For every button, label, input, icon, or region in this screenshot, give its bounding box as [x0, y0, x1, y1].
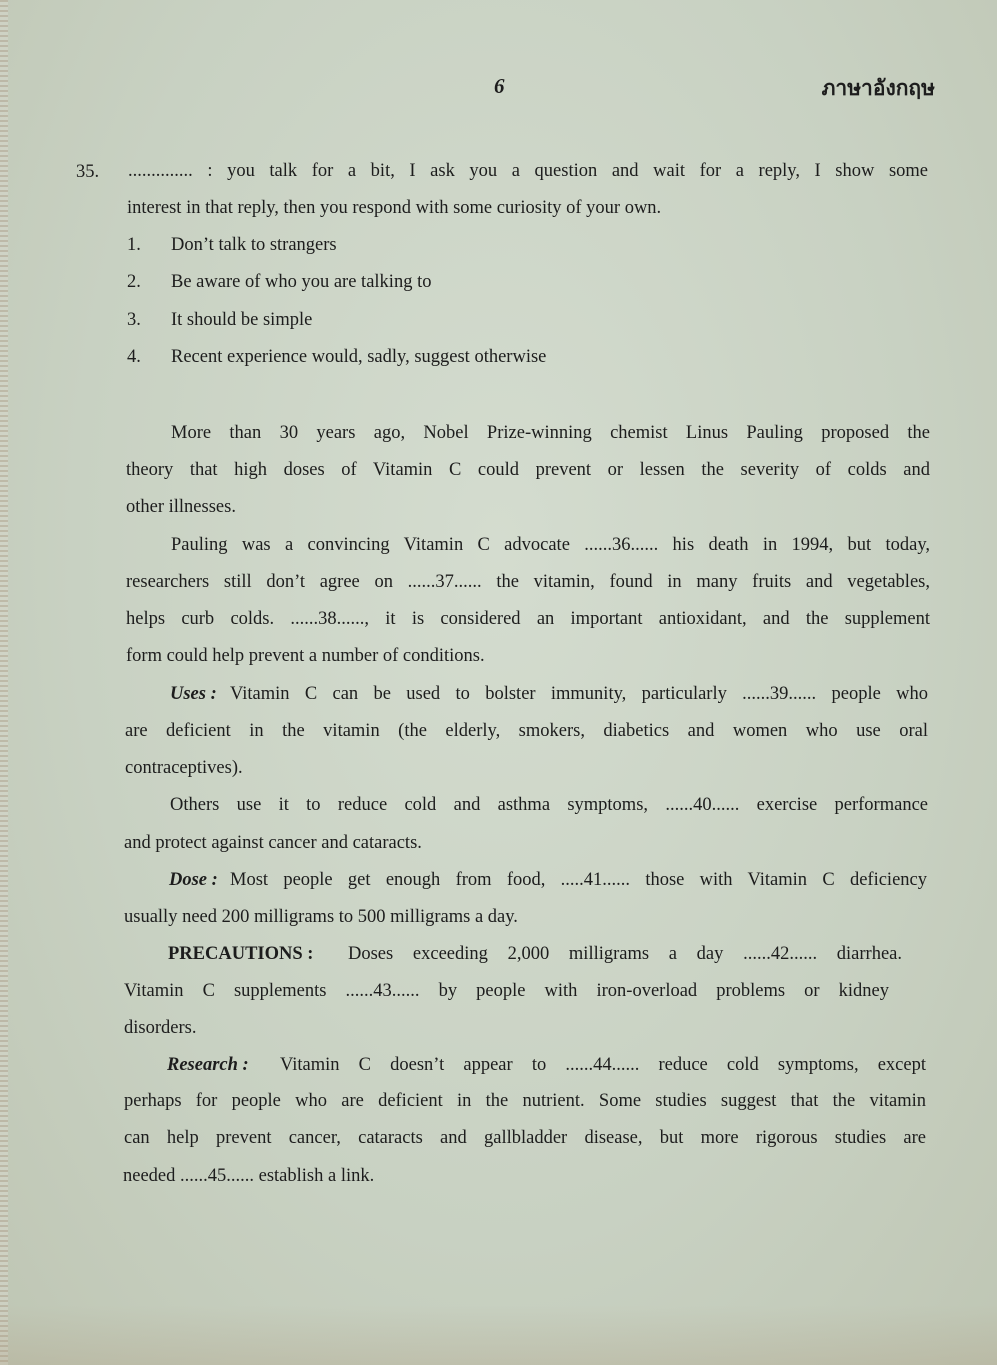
- question-stem-line: .............. : you talk for a bit, I a…: [128, 162, 928, 181]
- option-number: 2.: [127, 273, 141, 292]
- passage-line: Vitamin C can be used to bolster immunit…: [230, 685, 928, 704]
- question-stem-line: interest in that reply, then you respond…: [127, 199, 661, 218]
- option-text: It should be simple: [171, 311, 312, 330]
- passage-line: can help prevent cancer, cataracts and g…: [124, 1129, 926, 1148]
- question-number: 35.: [76, 162, 99, 183]
- passage-line: Doses exceeding 2,000 milligrams a day .…: [348, 945, 902, 964]
- option-text: Be aware of who you are talking to: [171, 273, 431, 292]
- passage-line: More than 30 years ago, Nobel Prize-winn…: [171, 424, 930, 443]
- page-number: 6: [494, 74, 505, 99]
- section-label-precautions: PRECAUTIONS :: [168, 945, 313, 964]
- option-text: Recent experience would, sadly, suggest …: [171, 348, 546, 367]
- passage-line: disorders.: [124, 1019, 196, 1038]
- passage-line: usually need 200 milligrams to 500 milli…: [124, 908, 518, 927]
- passage-line: Others use it to reduce cold and asthma …: [170, 796, 928, 815]
- passage-line: are deficient in the vitamin (the elderl…: [125, 722, 928, 741]
- option-number: 1.: [127, 236, 141, 255]
- passage-line: Vitamin C doesn’t appear to ......44....…: [280, 1056, 926, 1075]
- passage-line: Most people get enough from food, .....4…: [230, 871, 927, 890]
- option-number: 4.: [127, 348, 141, 367]
- section-label-uses: Uses :: [170, 685, 217, 704]
- passage-line: other illnesses.: [126, 498, 236, 517]
- passage-line: Vitamin C supplements ......43...... by …: [124, 982, 889, 1001]
- passage-line: and protect against cancer and cataracts…: [124, 834, 422, 853]
- section-label-research: Research :: [167, 1056, 249, 1075]
- option-number: 3.: [127, 311, 141, 330]
- subject-title: ภาษาอังกฤษ: [822, 72, 935, 105]
- passage-line: contraceptives).: [125, 759, 243, 778]
- exam-page: 6 ภาษาอังกฤษ 35. .............. : you ta…: [0, 0, 997, 1365]
- passage-line: theory that high doses of Vitamin C coul…: [126, 461, 930, 480]
- passage-line: form could help prevent a number of cond…: [126, 647, 485, 666]
- passage-line: Pauling was a convincing Vitamin C advoc…: [171, 536, 930, 555]
- passage-line: helps curb colds. ......38......, it is …: [126, 610, 930, 629]
- passage-line: researchers still don’t agree on ......3…: [126, 573, 930, 592]
- passage-line: needed ......45...... establish a link.: [123, 1167, 374, 1186]
- passage-line: perhaps for people who are deficient in …: [124, 1092, 926, 1111]
- option-text: Don’t talk to strangers: [171, 236, 337, 255]
- section-label-dose: Dose :: [169, 871, 218, 890]
